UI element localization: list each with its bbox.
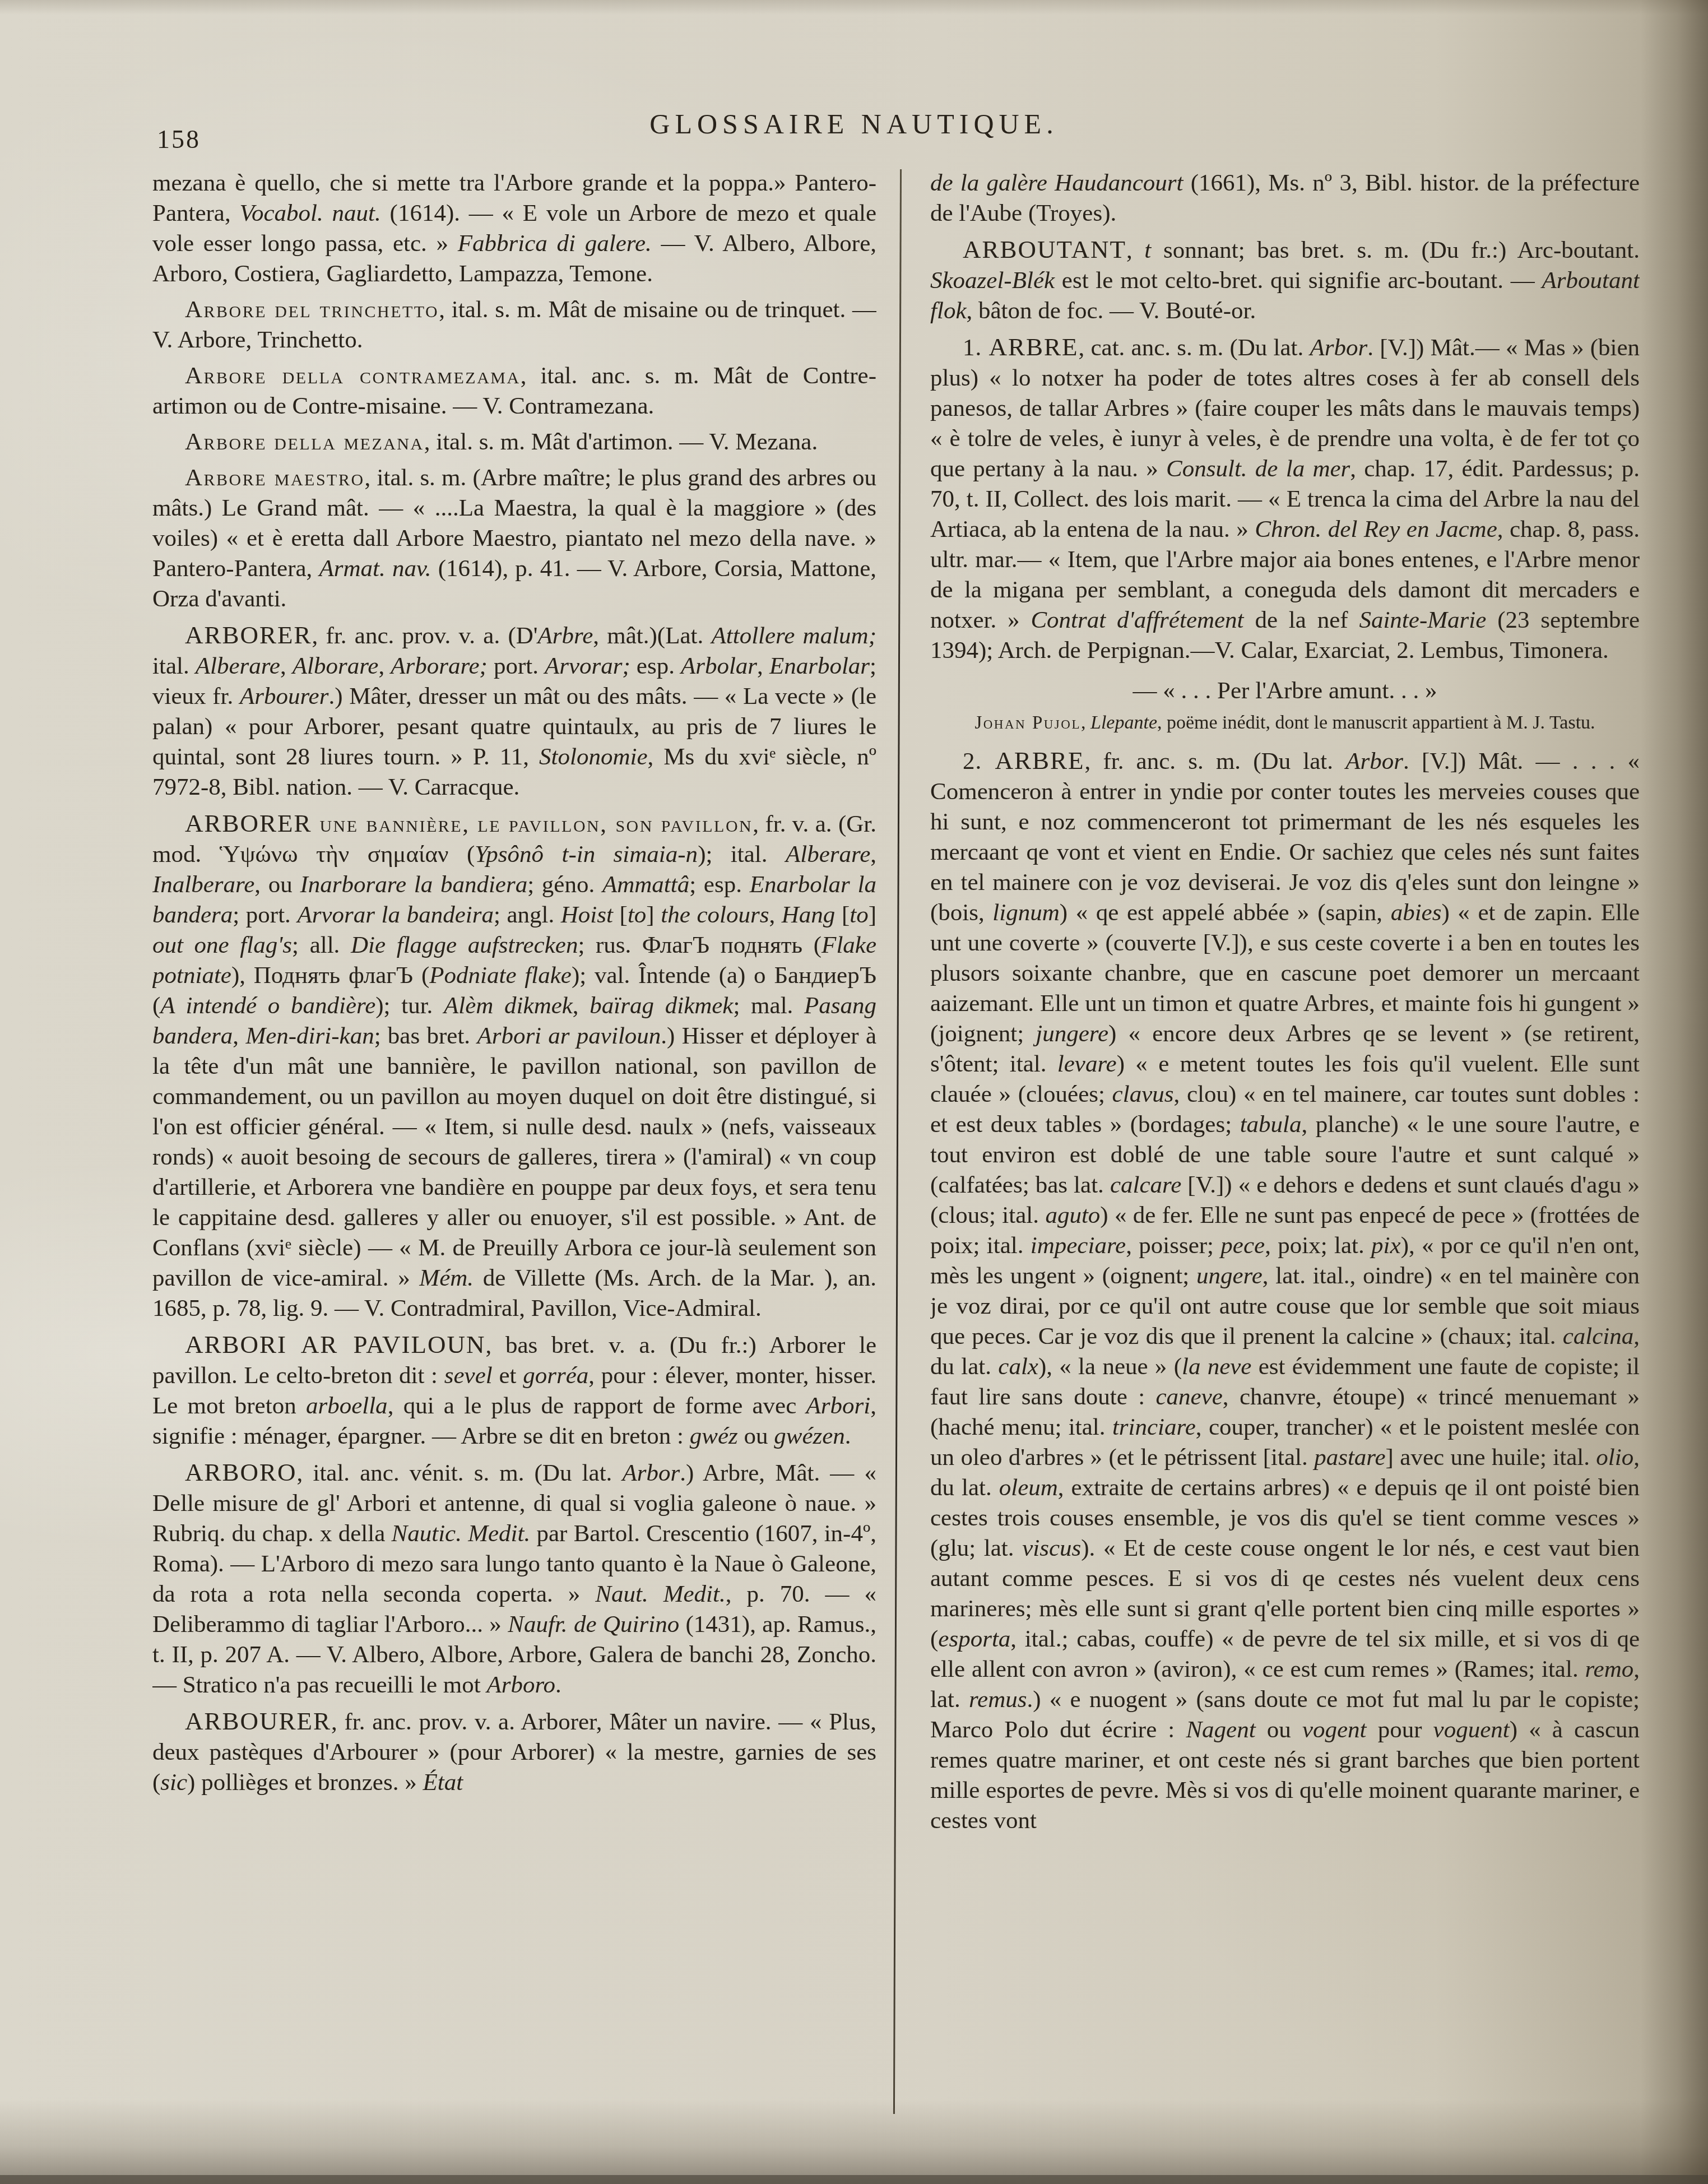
entry-number: 2. <box>963 748 995 775</box>
page-edge-shadow-right <box>1641 0 1708 2184</box>
column-divider-rule <box>893 169 902 2114</box>
entry-headword: ARBORER <box>185 621 312 649</box>
entry-headword-smallcaps: Arbore della contramezama <box>185 363 521 389</box>
left-column: mezana è quello, che si mette tra l'Arbo… <box>152 168 876 2146</box>
entry-arbourer: ARBOURER, fr. anc. prov. v. a. Arborer, … <box>152 1706 876 1798</box>
running-title: GLOSSAIRE NAUTIQUE. <box>0 108 1708 140</box>
page-edge-shadow-top <box>0 0 1708 15</box>
verse-attribution: Johan Pujol, Llepante, poëme inédit, don… <box>930 711 1640 735</box>
continuation-etat-galere-haudancourt: de la galère Haudancourt (1661), Ms. nº … <box>930 168 1640 229</box>
entry-number: 1. <box>963 335 988 361</box>
entry-headword: ARBOURER <box>185 1707 331 1735</box>
entry-arbre-1: 1. ARBRE, cat. anc. s. m. (Du lat. Arbor… <box>930 332 1640 666</box>
entry-arboutant: ARBOUTANT, t sonnant; bas bret. s. m. (D… <box>930 234 1640 326</box>
entry-headword-smallcaps: Arbore maestro <box>185 465 365 491</box>
entry-headword: ARBORO <box>185 1458 297 1486</box>
entry-arbore-del-trinchetto: Arbore del trinchetto, ital. s. m. Mât d… <box>152 295 876 355</box>
page-edge-line-bottom <box>0 2175 1708 2184</box>
entry-arbori-ar-paviloun: ARBORI AR PAVILOUN, bas bret. v. a. (Du … <box>152 1329 876 1452</box>
entry-arbore-della-mezana: Arbore della mezana, ital. s. m. Mât d'a… <box>152 427 876 457</box>
entry-headword: ARBRE <box>988 333 1078 361</box>
page-header: 158 GLOSSAIRE NAUTIQUE. <box>0 108 1708 158</box>
right-column: de la galère Haudancourt (1661), Ms. nº … <box>930 168 1640 2146</box>
entry-headword: ARBOUTANT <box>963 235 1126 263</box>
entry-headword-smallcaps: Arbore della mezana <box>185 429 424 455</box>
entry-headword-smallcaps: une bannière, le pavillon, son pavillon <box>312 811 753 837</box>
verse-per-l-arbre-amunt: — « . . . Per l'Arbre amunt. . . » <box>930 676 1640 706</box>
entry-arbre-2: 2. ARBRE, fr. anc. s. m. (Du lat. Arbor.… <box>930 745 1640 1836</box>
entry-headword: ARBORI AR PAVILOUN <box>185 1330 486 1358</box>
entry-headword-smallcaps: Johan Pujol <box>974 713 1081 733</box>
scanned-book-page: 158 GLOSSAIRE NAUTIQUE. mezana è quello,… <box>0 0 1708 2184</box>
entry-headword: ARBORER <box>185 809 312 837</box>
continuation-arbore-della-mezana: mezana è quello, che si mette tra l'Arbo… <box>152 168 876 289</box>
entry-arbore-della-contramezama: Arbore della contramezama, ital. anc. s.… <box>152 361 876 421</box>
entry-arboro: ARBORO, ital. anc. vénit. s. m. (Du lat.… <box>152 1457 876 1700</box>
entry-arbore-maestro: Arbore maestro, ital. s. m. (Arbre maîtr… <box>152 463 876 614</box>
page-edge-shadow-bottom <box>0 2100 1708 2184</box>
entry-arborer: ARBORER, fr. anc. prov. v. a. (D'Arbre, … <box>152 620 876 803</box>
entry-headword: ARBRE <box>995 746 1084 775</box>
entry-headword-smallcaps: Arbore del trinchetto <box>185 296 439 323</box>
entry-arborer-une-banniere: ARBORER une bannière, le pavillon, son p… <box>152 808 876 1324</box>
